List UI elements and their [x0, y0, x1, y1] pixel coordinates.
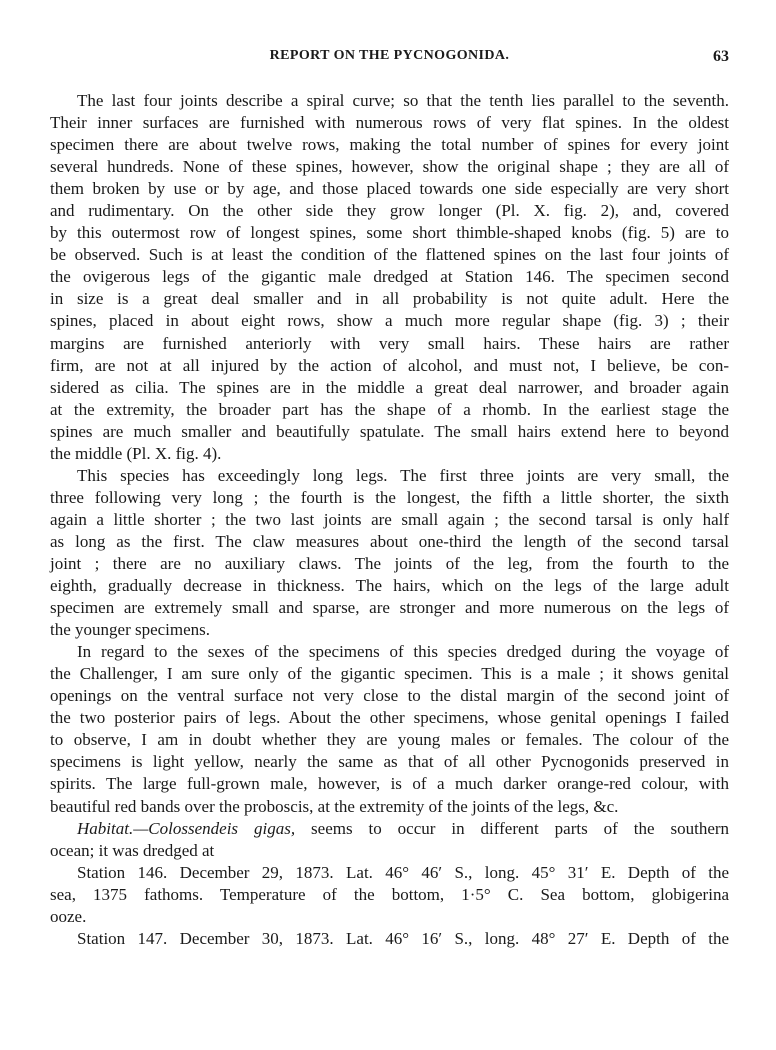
text-line: Their inner surfaces are furnished with …	[50, 112, 729, 134]
text-line: openings on the ventral surface not very…	[50, 685, 729, 707]
text-line: and rudimentary. On the other side they …	[50, 200, 729, 222]
running-title: REPORT ON THE PYCNOGONIDA.	[50, 48, 729, 64]
habitat-text: seems to occur in different parts of the…	[311, 819, 729, 838]
text-line: the ovigerous legs of the gigantic male …	[50, 266, 729, 288]
document-page: REPORT ON THE PYCNOGONIDA. 63 The last f…	[50, 48, 729, 950]
text-line: specimen there are about twelve rows, ma…	[50, 134, 729, 156]
text-line: ooze.	[50, 906, 729, 928]
text-line: firm, are not at all injured by the acti…	[50, 355, 729, 377]
text-line: spines, placed in about eight rows, show…	[50, 310, 729, 332]
body-text: The last four joints describe a spiral c…	[50, 90, 729, 950]
text-line: again a little shorter ; the two last jo…	[50, 509, 729, 531]
text-line: by this outermost row of longest spines,…	[50, 222, 729, 244]
page-number: 63	[713, 48, 729, 66]
station-146-entry: Station 146. December 29, 1873. Lat. 46°…	[50, 862, 729, 928]
text-line: be observed. Such is at least the condit…	[50, 244, 729, 266]
text-line: them broken by use or by age, and those …	[50, 178, 729, 200]
text-line: Station 147. December 30, 1873. Lat. 46°…	[50, 928, 729, 950]
text-line: This species has exceedingly long legs. …	[50, 465, 729, 487]
paragraph-legs: This species has exceedingly long legs. …	[50, 465, 729, 641]
text-line: beautiful red bands over the proboscis, …	[50, 796, 729, 818]
text-line: the two posterior pairs of legs. About t…	[50, 707, 729, 729]
text-line: sea, 1375 fathoms. Temperature of the bo…	[50, 884, 729, 906]
text-line: the younger specimens.	[50, 619, 729, 641]
page-header: REPORT ON THE PYCNOGONIDA. 63	[50, 48, 729, 74]
text-line: Habitat.—Colossendeis gigas, seems to oc…	[50, 818, 729, 840]
paragraph-habitat: Habitat.—Colossendeis gigas, seems to oc…	[50, 818, 729, 862]
text-line: sidered as cilia. The spines are in the …	[50, 377, 729, 399]
station-147-entry: Station 147. December 30, 1873. Lat. 46°…	[50, 928, 729, 950]
text-line: in size is a great deal smaller and in a…	[50, 288, 729, 310]
text-line: margins are furnished anteriorly with ve…	[50, 333, 729, 355]
text-line: the middle (Pl. X. fig. 4).	[50, 443, 729, 465]
text-line: eighth, gradually decrease in thickness.…	[50, 575, 729, 597]
text-line: several hundreds. None of these spines, …	[50, 156, 729, 178]
text-line: specimens is light yellow, nearly the sa…	[50, 751, 729, 773]
text-line: The last four joints describe a spiral c…	[50, 90, 729, 112]
text-line: the Challenger, I am sure only of the gi…	[50, 663, 729, 685]
text-line: joint ; there are no auxiliary claws. Th…	[50, 553, 729, 575]
paragraph-spines: The last four joints describe a spiral c…	[50, 90, 729, 465]
text-line: Station 146. December 29, 1873. Lat. 46°…	[50, 862, 729, 884]
text-line: specimen are extremely small and sparse,…	[50, 597, 729, 619]
text-line: three following very long ; the fourth i…	[50, 487, 729, 509]
paragraph-sexes: In regard to the sexes of the specimens …	[50, 641, 729, 817]
text-line: spirits. The large full-grown male, howe…	[50, 773, 729, 795]
text-line: as long as the first. The claw measures …	[50, 531, 729, 553]
text-line: to observe, I am in doubt whether they a…	[50, 729, 729, 751]
text-line: ocean; it was dredged at	[50, 840, 729, 862]
text-line: at the extremity, the broader part has t…	[50, 399, 729, 421]
text-line: spines are much smaller and beautifully …	[50, 421, 729, 443]
habitat-label: Habitat.—Colossendeis gigas,	[77, 819, 295, 838]
text-line: In regard to the sexes of the specimens …	[50, 641, 729, 663]
